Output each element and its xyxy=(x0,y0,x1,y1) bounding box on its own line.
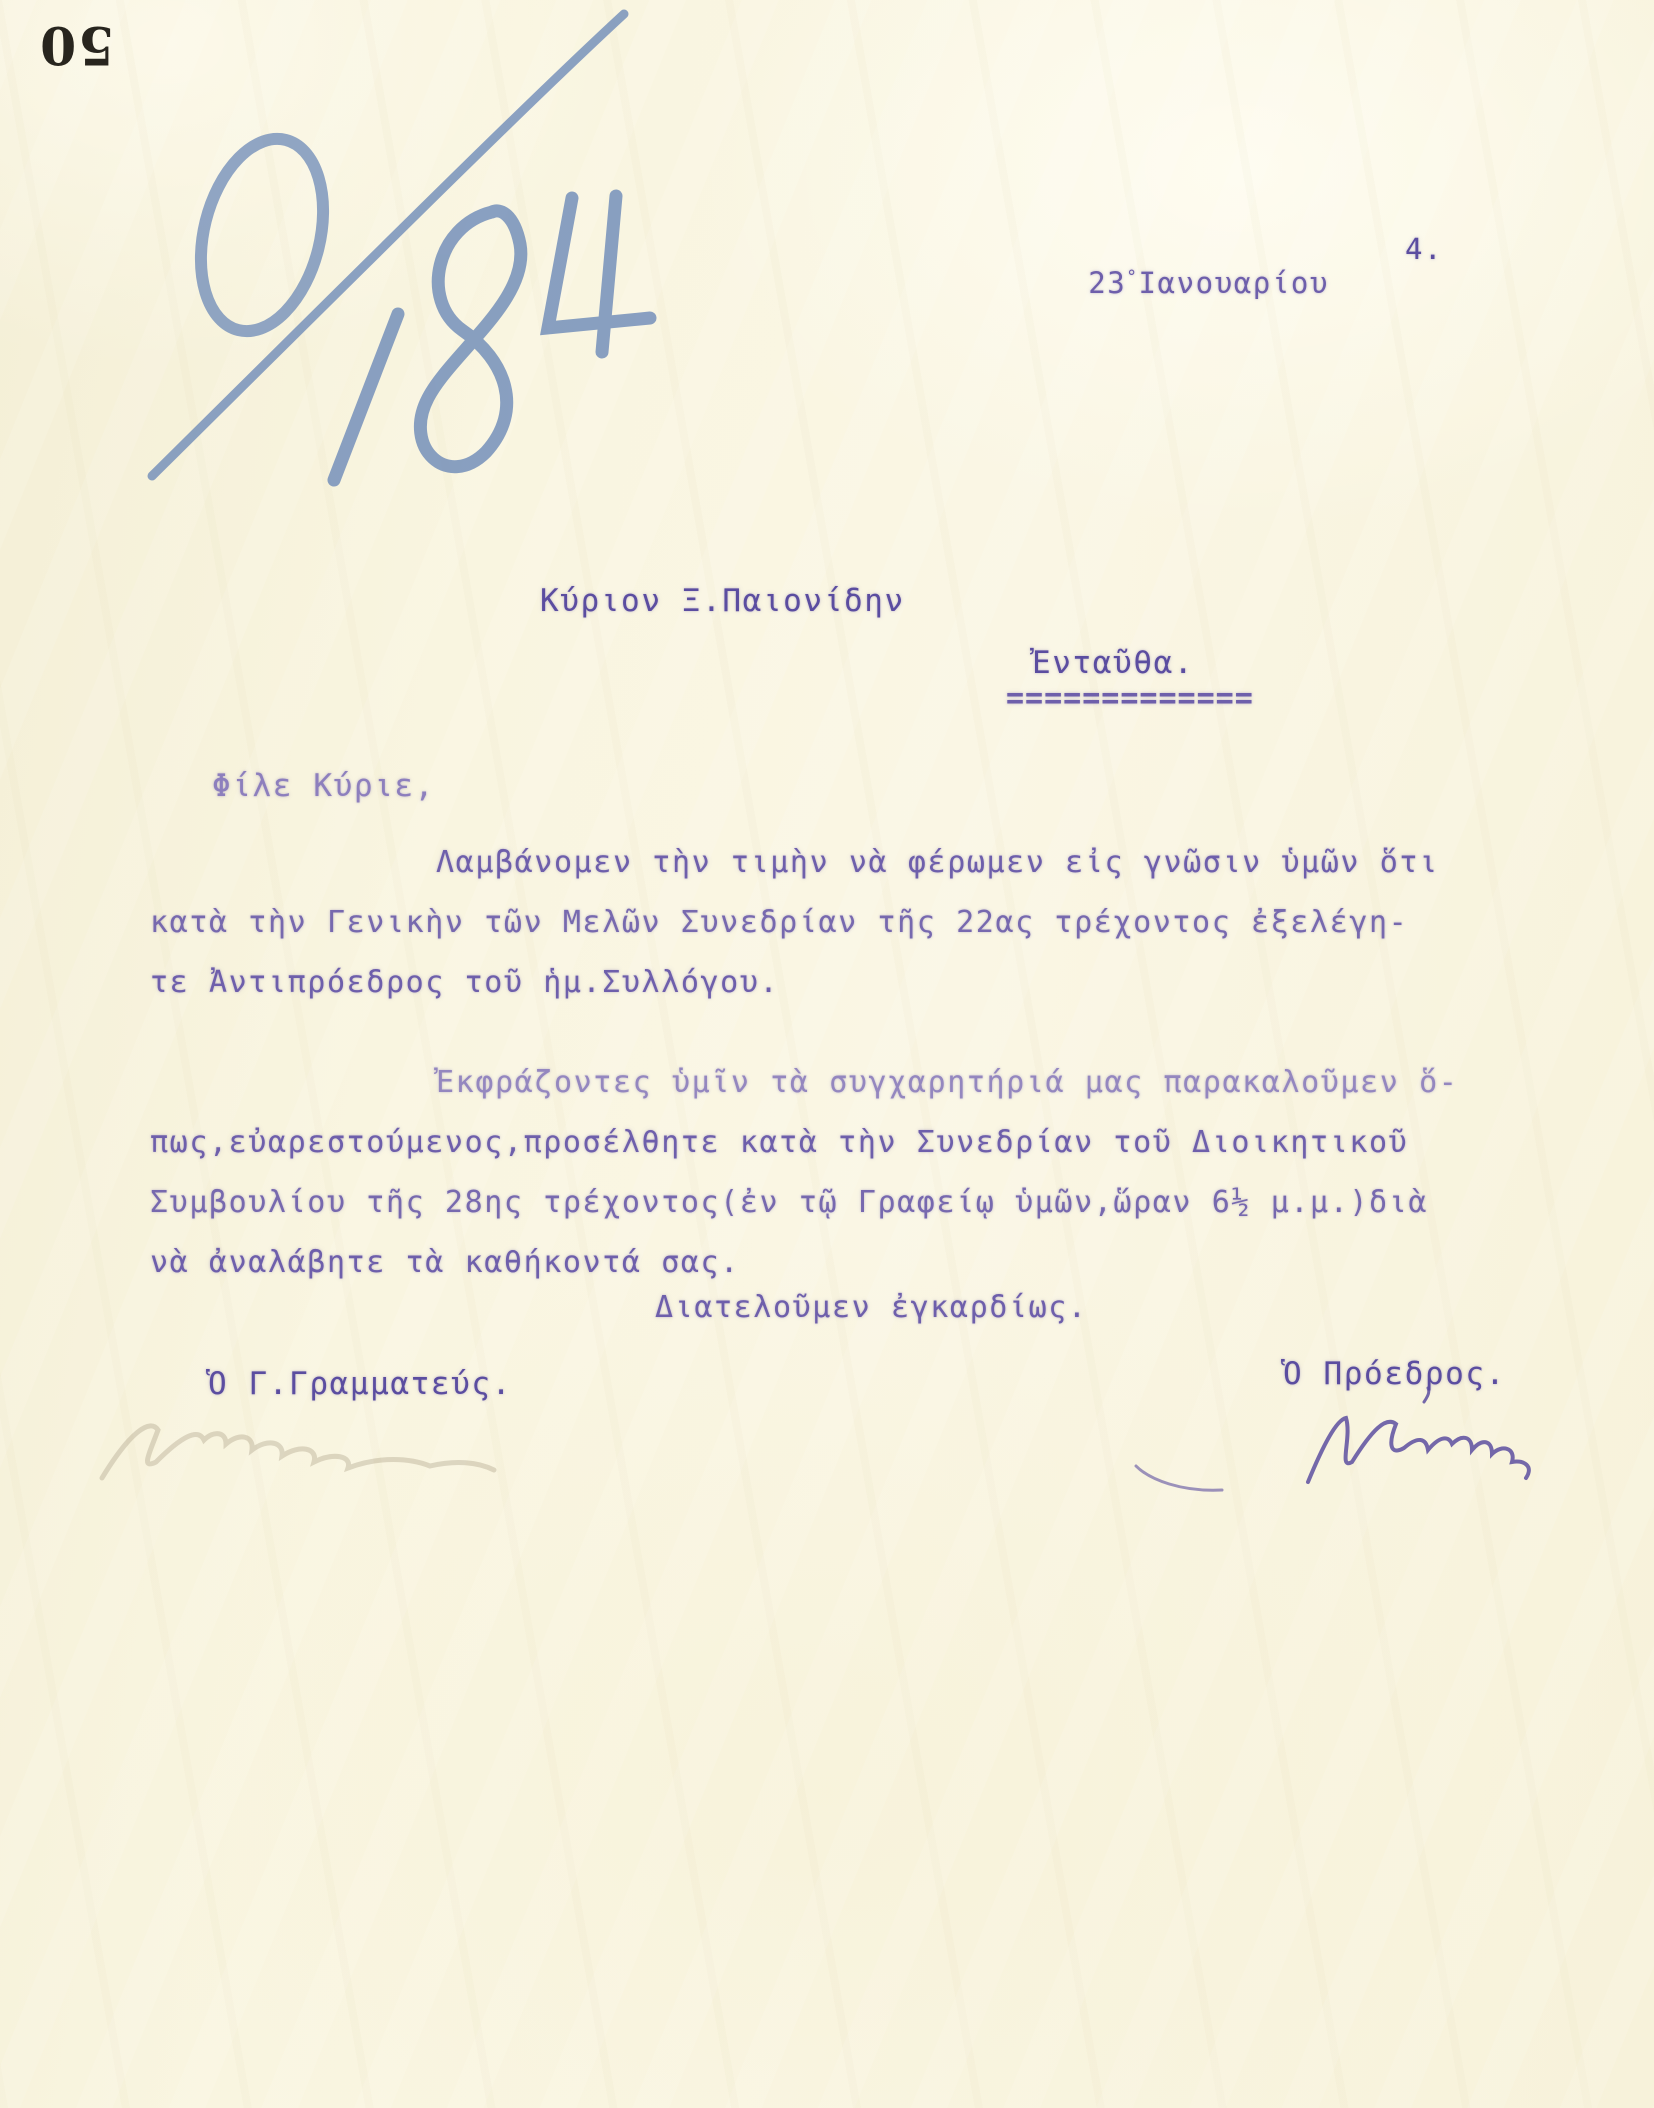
body-line: τε Ἀντιπρόεδρος τοῦ ἡμ.Συλλόγου. xyxy=(150,953,1480,1013)
body-line: Λαμβάνομεν τὴν τιμὴν νὰ φέρωμεν εἰς γνῶσ… xyxy=(150,833,1480,893)
body-line: νὰ ἀναλάβητε τὰ καθήκοντά σας. xyxy=(150,1233,1480,1293)
archival-number-stamp: 50 xyxy=(38,14,114,75)
date-year: 4. xyxy=(1405,232,1443,266)
blue-pencil-stroke xyxy=(152,14,624,476)
president-title: Ὁ Πρόεδρος. xyxy=(1283,1356,1506,1392)
salutation: Φίλε Κύριε, xyxy=(212,768,435,804)
blue-pencil-number-184 xyxy=(334,196,650,480)
scanned-letter-page: 50 23°Ιανουαρίου 4. Κύριον Ξ.Παιονίδην Ἐ… xyxy=(0,0,1654,2108)
body-line: Ἐκφράζοντες ὑμῖν τὰ συγχαρητήριά μας παρ… xyxy=(150,1053,1480,1113)
secretary-title: Ὁ Γ.Γραμματεύς. xyxy=(208,1366,512,1402)
recipient-location: Ἐνταῦθα. xyxy=(1032,645,1194,681)
body-line: Συμβουλίου τῆς 28ης τρέχοντος(ἐν τῷ Γραφ… xyxy=(150,1173,1480,1233)
body-line: πως,εὐαρεστούμενος,προσέλθητε κατὰ τὴν Σ… xyxy=(150,1113,1480,1173)
ghost-signature xyxy=(102,1426,494,1478)
date-line: 23°Ιανουαρίου xyxy=(1012,232,1329,334)
closing-phrase: Διατελοῦμεν ἐγκαρδίως. xyxy=(655,1290,1088,1325)
body-line: κατὰ τὴν Γενικὴν τῶν Μελῶν Συνεδρίαν τῆς… xyxy=(150,893,1480,953)
location-underline: ============= xyxy=(1006,681,1254,716)
blue-pencil-zero xyxy=(182,126,342,344)
president-signature xyxy=(1136,1388,1529,1490)
date-month: Ιανουαρίου xyxy=(1138,266,1329,300)
recipient-name: Κύριον Ξ.Παιονίδην xyxy=(540,583,905,619)
date-day: 23 xyxy=(1088,266,1126,300)
date-day-mark: ° xyxy=(1126,267,1138,287)
letter-body: Λαμβάνομεν τὴν τιμὴν νὰ φέρωμεν εἰς γνῶσ… xyxy=(150,833,1480,1293)
